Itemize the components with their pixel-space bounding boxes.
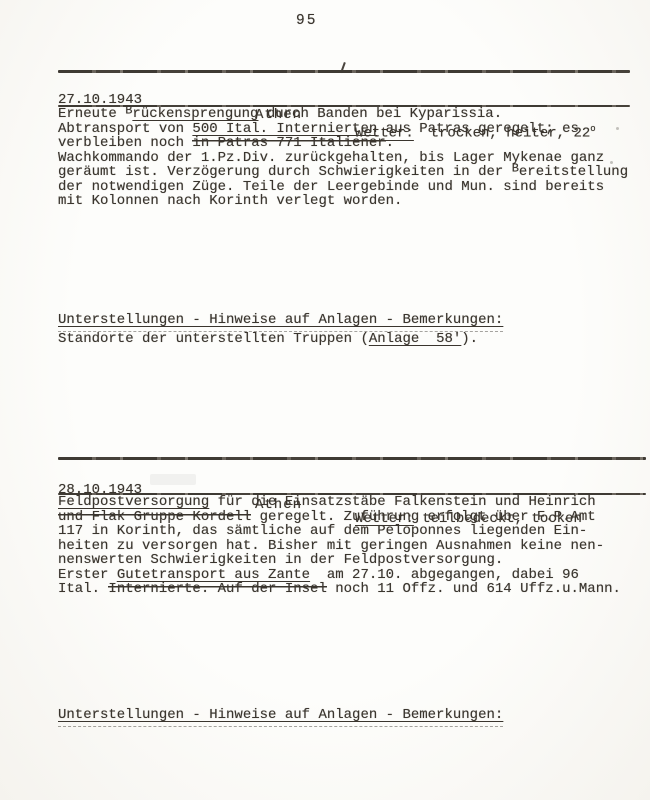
divider-line	[58, 70, 630, 73]
annex-heading: Unterstellungen - Hinweise auf Anlagen -…	[58, 313, 503, 332]
document-page: 95 27.10.1943 Athen Wetter: trocken, hei…	[0, 0, 650, 800]
weather-value: trocken, heiter, 22	[414, 126, 590, 142]
annex-section-2: Unterstellungen - Hinweise auf Anlagen -…	[58, 708, 630, 727]
entry-header: 28.10.1943 Athen Wetter: teilbedeckt, to…	[58, 469, 646, 488]
entry-1943-10-27: 27.10.1943 Athen Wetter: trocken, heiter…	[58, 70, 630, 209]
weather-label: Wetter:	[355, 511, 414, 527]
annex-heading: Unterstellungen - Hinweise auf Anlagen -…	[58, 708, 503, 727]
entry-weather: Wetter: teilbedeckt, tocken	[355, 512, 582, 527]
weather-label: Wetter:	[355, 126, 414, 142]
entry-weather: Wetter: trocken, heiter, 22o	[355, 122, 596, 141]
degree-mark: o	[590, 124, 595, 134]
weather-value: teilbedeckt, tocken	[414, 511, 582, 527]
entry-date: 28.10.1943	[58, 483, 142, 498]
entry-location: Athen	[255, 108, 302, 123]
annex-section-1: Unterstellungen - Hinweise auf Anlagen -…	[58, 313, 630, 346]
page-number: 95	[296, 14, 317, 29]
entry-header: 27.10.1943 Athen Wetter: trocken, heiter…	[58, 79, 630, 98]
annex-body: Standorte der unterstellten Truppen (Anl…	[58, 332, 630, 347]
entry-1943-10-28: 28.10.1943 Athen Wetter: teilbedeckt, to…	[58, 457, 646, 597]
diary-paragraph: Erneute Brückensprengung durch Banden be…	[58, 107, 630, 122]
divider-line	[58, 457, 646, 460]
diary-paragraph: Feldpostversorgung für die Einsatzstäbe …	[58, 495, 646, 568]
diary-paragraph: Erster Gutetransport aus Zante am 27.10.…	[58, 568, 646, 597]
entry-location: Athen	[255, 498, 302, 513]
diary-paragraph: Wachkommando der 1.Pz.Div. zurückgehalte…	[58, 151, 630, 209]
